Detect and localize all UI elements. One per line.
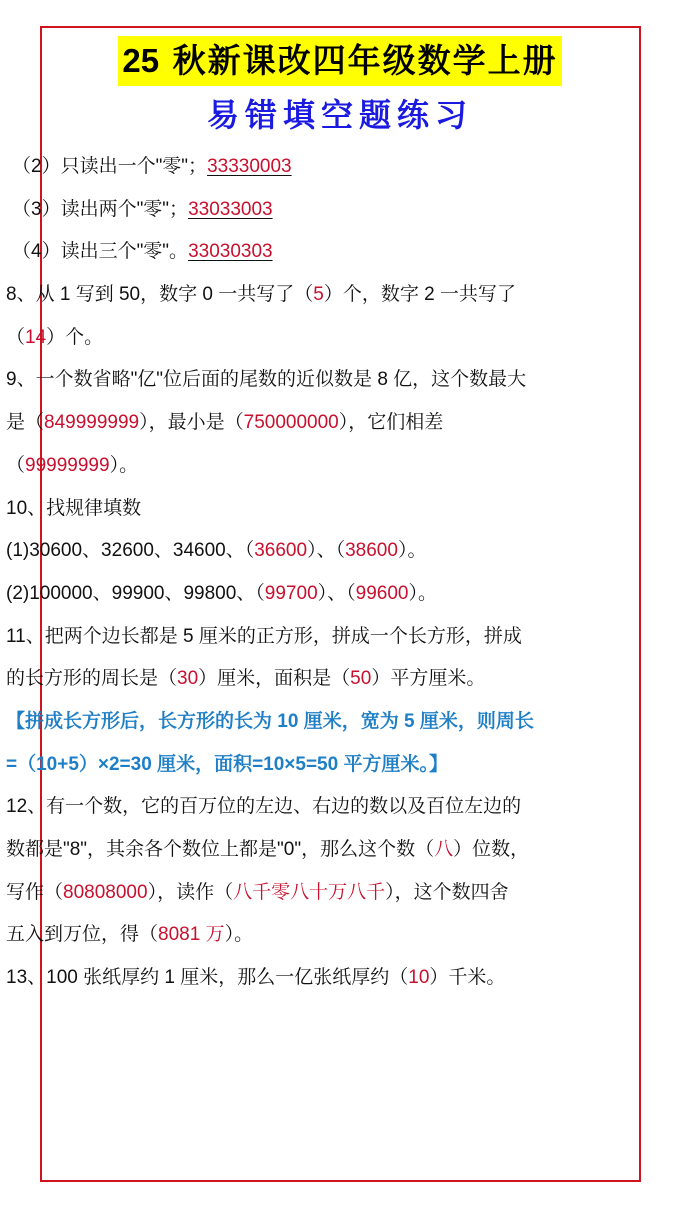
question-text: ）厘米，面积是（ [198,668,350,689]
question-text: ）千米。 [429,967,505,988]
q7-part-2: （2）只读出一个"零"；33330003 [6,146,596,189]
question-text: ）。 [110,455,139,476]
answer: 33330003 [207,156,292,177]
question-text: ），它们相差 [339,412,444,433]
answer: 10 [408,967,429,988]
q7-part-3: （3）读出两个"零"；33033003 [6,189,596,232]
question-text: 12、有一个数，它的百万位的左边、右边的数以及百位左边的 [6,796,521,817]
answer: 5 [313,284,324,305]
question-text: ）。 [398,540,427,561]
q11-explanation-line-2: =（10+5）×2=30 厘米，面积=10×5=50 平方厘米。】 [6,744,596,787]
page-title: 25 秋新课改四年级数学上册 [118,36,561,86]
title-number: 25 [122,42,159,79]
answer: 750000000 [244,412,339,433]
q9-line-2: 是（849999999），最小是（750000000），它们相差 [6,402,596,445]
question-text: 数都是"8"，其余各个数位上都是"0"，那么这个数（ [6,839,434,860]
answer: 99600 [356,583,409,604]
title-text: 秋新课改四年级数学上册 [159,41,558,80]
answer: 50 [350,668,371,689]
answer: 849999999 [44,412,139,433]
q8-line-1: 8、从 1 写到 50，数字 0 一共写了（5）个，数字 2 一共写了 [6,274,596,317]
q10-part-1: (1)30600、32600、34600、（36600）、（38600）。 [6,530,596,573]
answer: 80808000 [63,882,148,903]
answer: 99999999 [25,455,110,476]
question-text: (1)30600、32600、34600、（ [6,540,254,561]
q12-line-3: 写作（80808000），读作（八千零八十万八千），这个数四舍 [6,872,596,915]
question-text: 是（ [6,412,44,433]
q11-line-1: 11、把两个边长都是 5 厘米的正方形，拼成一个长方形，拼成 [6,616,596,659]
question-text: ）、（ [318,583,356,604]
question-text: ）。 [409,583,438,604]
q12-line-1: 12、有一个数，它的百万位的左边、右边的数以及百位左边的 [6,786,596,829]
question-text: ）位数， [453,839,529,860]
answer: 14 [25,327,46,348]
q9-line-3: （99999999）。 [6,445,596,488]
answer: 33033003 [188,199,273,220]
question-text: 的长方形的周长是（ [6,668,177,689]
q10-part-2: (2)100000、99900、99800、（99700）、（99600）。 [6,573,596,616]
q9-line-1: 9、一个数省略"亿"位后面的尾数的近似数是 8 亿，这个数最大 [6,359,596,402]
question-text: ）。 [225,924,254,945]
question-text: ），这个数四舍 [385,882,509,903]
answer: 99700 [265,583,318,604]
question-text: 五入到万位，得（ [6,924,158,945]
answer: 八 [434,839,453,860]
question-text: （2）只读出一个"零"； [12,156,207,177]
answer: 38600 [345,540,398,561]
question-text: ），读作（ [148,882,234,903]
q12-line-2: 数都是"8"，其余各个数位上都是"0"，那么这个数（八）位数， [6,829,596,872]
title-container: 25 秋新课改四年级数学上册 [0,36,680,86]
question-text: (2)100000、99900、99800、（ [6,583,265,604]
question-text: （3）读出两个"零"； [12,199,188,220]
q12-line-4: 五入到万位，得（8081 万）。 [6,914,596,957]
question-text: 13、100 张纸厚约 1 厘米，那么一亿张纸厚约（ [6,967,408,988]
question-text: （ [6,327,25,348]
q7-part-4: （4）读出三个"零"。33030303 [6,231,596,274]
q8-line-2: （14）个。 [6,317,596,360]
answer: 8081 万 [158,924,225,945]
question-text: （ [6,455,25,476]
answer: 36600 [254,540,307,561]
question-text: ）个。 [46,327,103,348]
question-text: 写作（ [6,882,63,903]
exercise-content: （2）只读出一个"零"；33330003 （3）读出两个"零"；33033003… [6,146,596,1000]
answer: 八千零八十万八千 [233,882,385,903]
question-text: ），最小是（ [139,412,244,433]
q11-line-2: 的长方形的周长是（30）厘米，面积是（50）平方厘米。 [6,658,596,701]
q13-line-1: 13、100 张纸厚约 1 厘米，那么一亿张纸厚约（10）千米。 [6,957,596,1000]
page-subtitle: 易错填空题练习 [0,90,680,136]
answer: 30 [177,668,198,689]
question-text: 8、从 1 写到 50，数字 0 一共写了（ [6,284,313,305]
question-text: 11、把两个边长都是 5 厘米的正方形，拼成一个长方形，拼成 [6,626,522,647]
question-text: ）、（ [307,540,345,561]
question-text: （4）读出三个"零"。 [12,241,188,262]
answer: 33030303 [188,241,273,262]
q10-title: 10、找规律填数 [6,488,596,531]
question-text: ）平方厘米。 [371,668,485,689]
q11-explanation-line-1: 【拼成长方形后，长方形的长为 10 厘米，宽为 5 厘米，则周长 [6,701,596,744]
question-text: 9、一个数省略"亿"位后面的尾数的近似数是 8 亿，这个数最大 [6,369,526,390]
question-text: ）个，数字 2 一共写了 [324,284,516,305]
